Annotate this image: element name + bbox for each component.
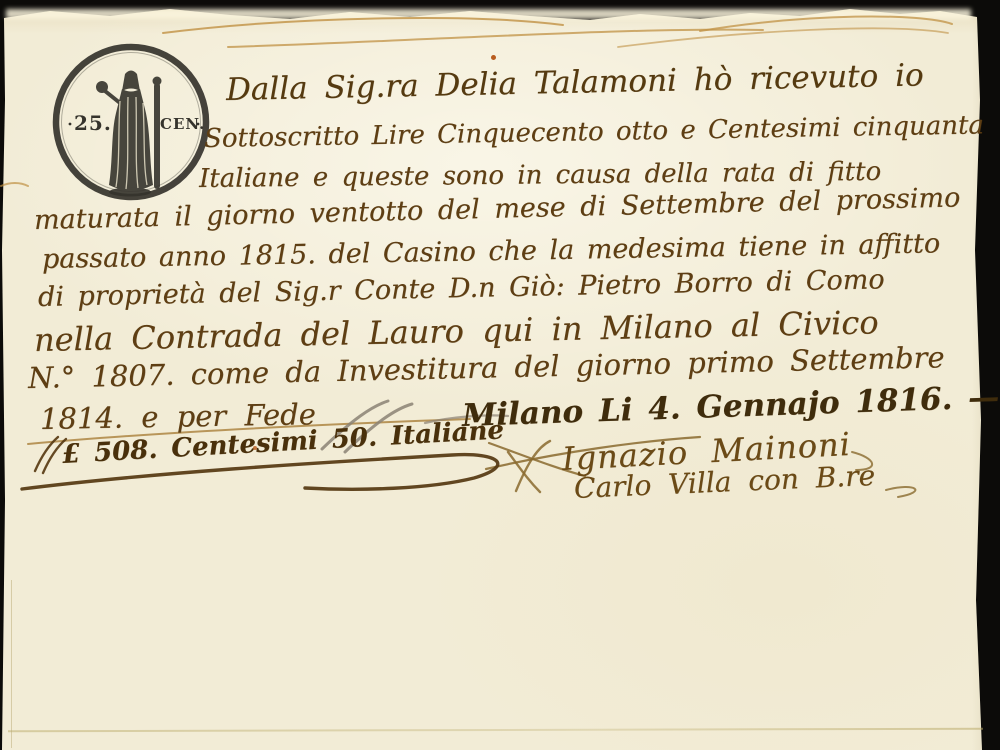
foxing-spot — [491, 55, 496, 60]
scanned-receipt-1816: 25. CEN. Dalla Sig.ra Delia Talamoni hò … — [0, 0, 1000, 750]
torn-top-edge-highlight — [6, 9, 971, 19]
paper-edge-crease-left — [11, 580, 12, 748]
foxing-spot — [253, 446, 257, 450]
